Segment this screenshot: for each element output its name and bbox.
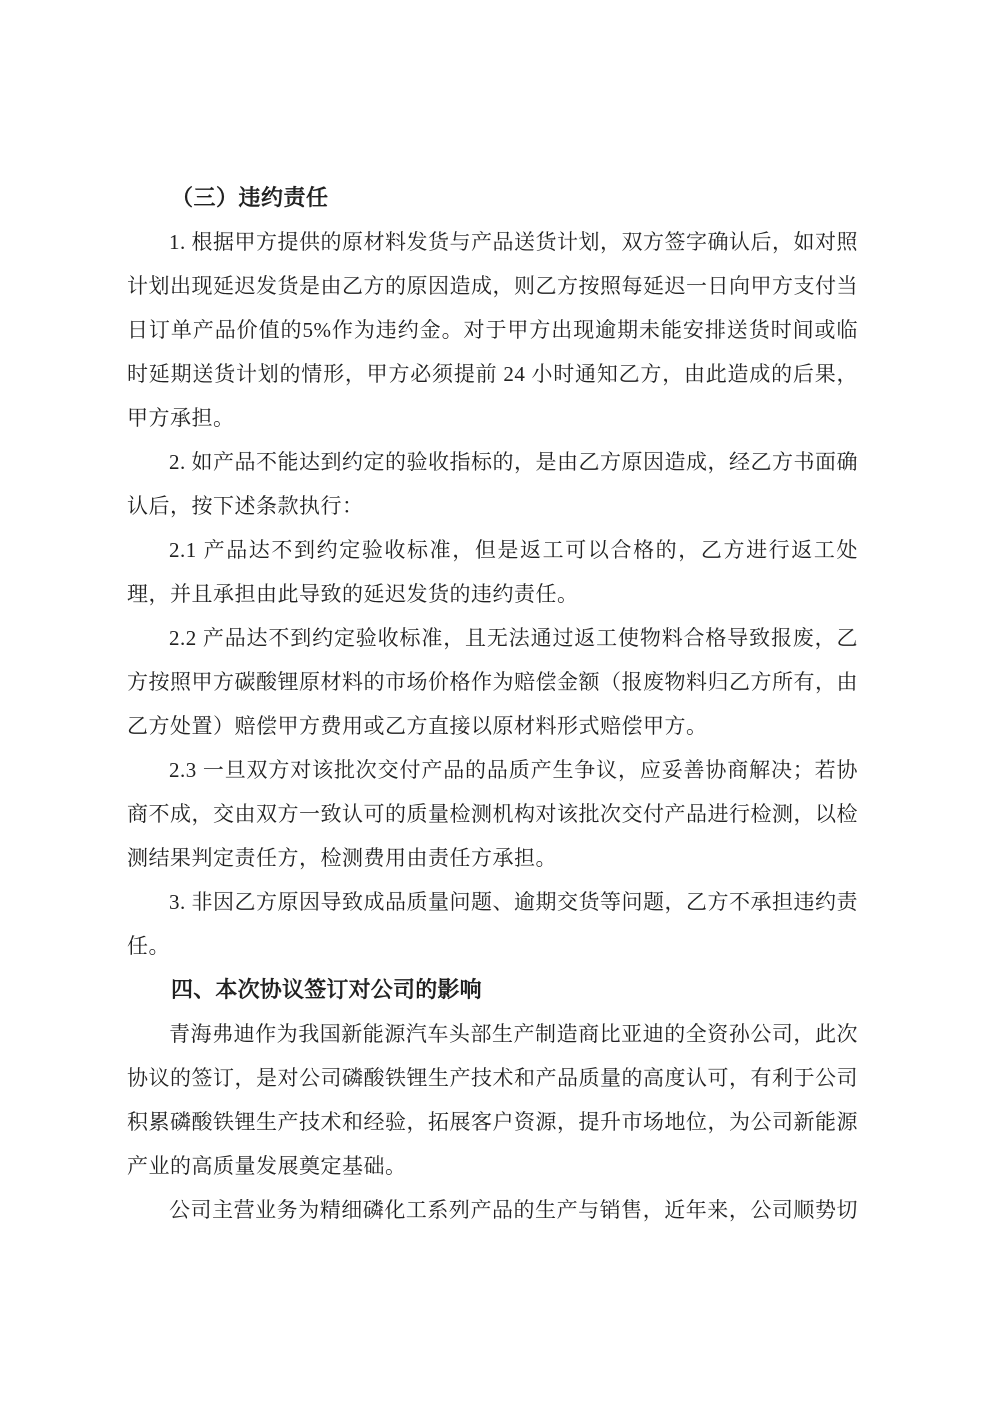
paragraph-clause-2: 2. 如产品不能达到约定的验收指标的，是由乙方原因造成，经乙方书面确认后，按下述… <box>127 440 858 528</box>
sub-heading-breach-liability: （三）违约责任 <box>127 176 858 220</box>
paragraph-clause-3: 3. 非因乙方原因导致成品质量问题、逾期交货等问题，乙方不承担违约责任。 <box>127 880 858 968</box>
paragraph-impact: 青海弗迪作为我国新能源汽车头部生产制造商比亚迪的全资孙公司，此次协议的签订，是对… <box>127 1012 858 1188</box>
paragraph-clause-1: 1. 根据甲方提供的原材料发货与产品送货计划，双方签字确认后，如对照计划出现延迟… <box>127 220 858 440</box>
document-page: （三）违约责任 1. 根据甲方提供的原材料发货与产品送货计划，双方签字确认后，如… <box>0 0 1000 1414</box>
paragraph-clause-2-1: 2.1 产品达不到约定验收标准，但是返工可以合格的，乙方进行返工处理，并且承担由… <box>127 528 858 616</box>
section-heading-agreement-impact: 四、本次协议签订对公司的影响 <box>127 968 858 1012</box>
paragraph-clause-2-2: 2.2 产品达不到约定验收标准，且无法通过返工使物料合格导致报废，乙方按照甲方碳… <box>127 616 858 748</box>
paragraph-clause-2-3: 2.3 一旦双方对该批次交付产品的品质产生争议，应妥善协商解决；若协商不成，交由… <box>127 748 858 880</box>
paragraph-main-business-cut: 公司主营业务为精细磷化工系列产品的生产与销售，近年来，公司顺势切 <box>127 1188 858 1232</box>
document-content: （三）违约责任 1. 根据甲方提供的原材料发货与产品送货计划，双方签字确认后，如… <box>127 176 858 1232</box>
